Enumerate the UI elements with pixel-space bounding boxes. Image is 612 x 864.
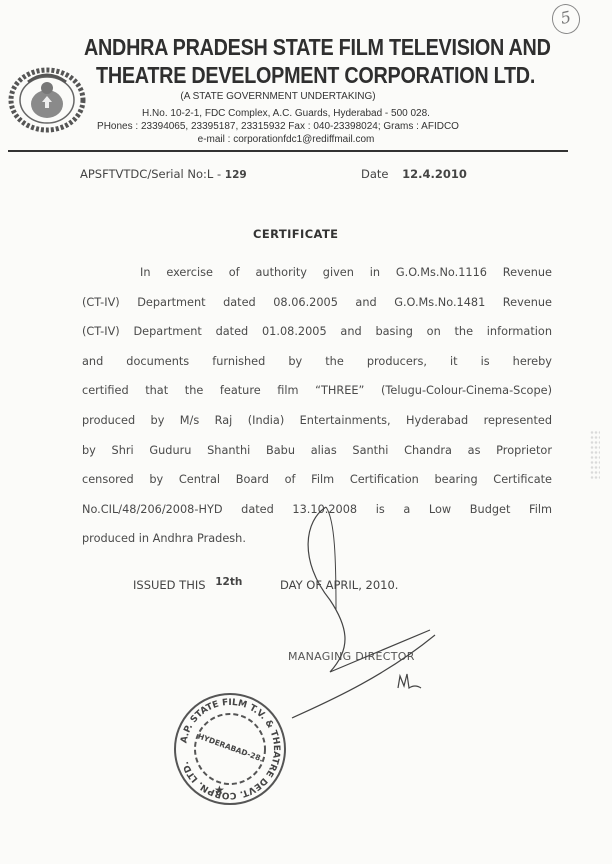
serial-value: 129 bbox=[225, 169, 247, 181]
serial-label: APSFTVTDC/Serial No:L - bbox=[80, 167, 221, 181]
issued-line: ISSUED THIS 12th DAY OF APRIL, 2010. bbox=[133, 578, 398, 592]
header-divider bbox=[8, 150, 568, 152]
issued-day: 12th bbox=[215, 576, 242, 588]
body-line: In exercise of authority given in G.O.Ms… bbox=[140, 266, 552, 279]
issue-date: Date 12.4.2010 bbox=[361, 167, 467, 181]
issued-prefix: ISSUED THIS bbox=[133, 578, 206, 592]
signatory-designation: MANAGING DIRECTOR bbox=[288, 650, 415, 663]
issued-suffix: DAY OF APRIL, 2010. bbox=[280, 578, 398, 592]
org-name-line2: THEATRE DEVELOPMENT CORPORATION LTD. bbox=[96, 62, 535, 89]
body-line: certified that the feature film “THREE” … bbox=[82, 384, 552, 397]
org-contacts: PHones : 23394065, 23395187, 23315932 Fa… bbox=[0, 121, 584, 132]
serial-number: APSFTVTDC/Serial No:L - 129 bbox=[80, 167, 247, 181]
body-line: (CT-IV) Department dated 08.06.2005 and … bbox=[82, 296, 552, 309]
seal-stamp-icon: A.P. STATE FILM T.V. & THEATRE DEVT. COR… bbox=[170, 690, 290, 808]
certificate-title: CERTIFICATE bbox=[253, 227, 338, 241]
scan-noise bbox=[590, 430, 600, 480]
body-line: by Shri Guduru Shanthi Babu alias Santhi… bbox=[82, 444, 552, 457]
body-line: produced by M/s Raj (India) Entertainmen… bbox=[82, 414, 552, 427]
org-name-line1: ANDHRA PRADESH STATE FILM TELEVISION AND bbox=[84, 34, 551, 61]
page-marker: 5 bbox=[549, 1, 583, 36]
org-email: e-mail : corporationfdc1@rediffmail.com bbox=[0, 134, 592, 145]
body-line: (CT-IV) Department dated 01.08.2005 and … bbox=[82, 325, 552, 338]
svg-text:HYDERABAD-28.: HYDERABAD-28. bbox=[197, 732, 265, 764]
date-label: Date bbox=[361, 167, 389, 181]
body-line: produced in Andhra Pradesh. bbox=[82, 532, 552, 545]
body-line: No.CIL/48/206/2008-HYD dated 13.10.2008 … bbox=[82, 503, 552, 516]
body-line: and documents furnished by the producers… bbox=[82, 355, 552, 368]
date-value: 12.4.2010 bbox=[402, 167, 467, 181]
svg-text:★: ★ bbox=[214, 783, 225, 797]
org-subtitle: (A STATE GOVERNMENT UNDERTAKING) bbox=[0, 91, 584, 102]
org-address: H.No. 10-2-1, FDC Complex, A.C. Guards, … bbox=[0, 108, 592, 119]
certificate-page: 5 ANDHRA PRADESH STATE FILM TELEVISION A… bbox=[0, 0, 612, 864]
body-line: censored by Central Board of Film Certif… bbox=[82, 473, 552, 486]
